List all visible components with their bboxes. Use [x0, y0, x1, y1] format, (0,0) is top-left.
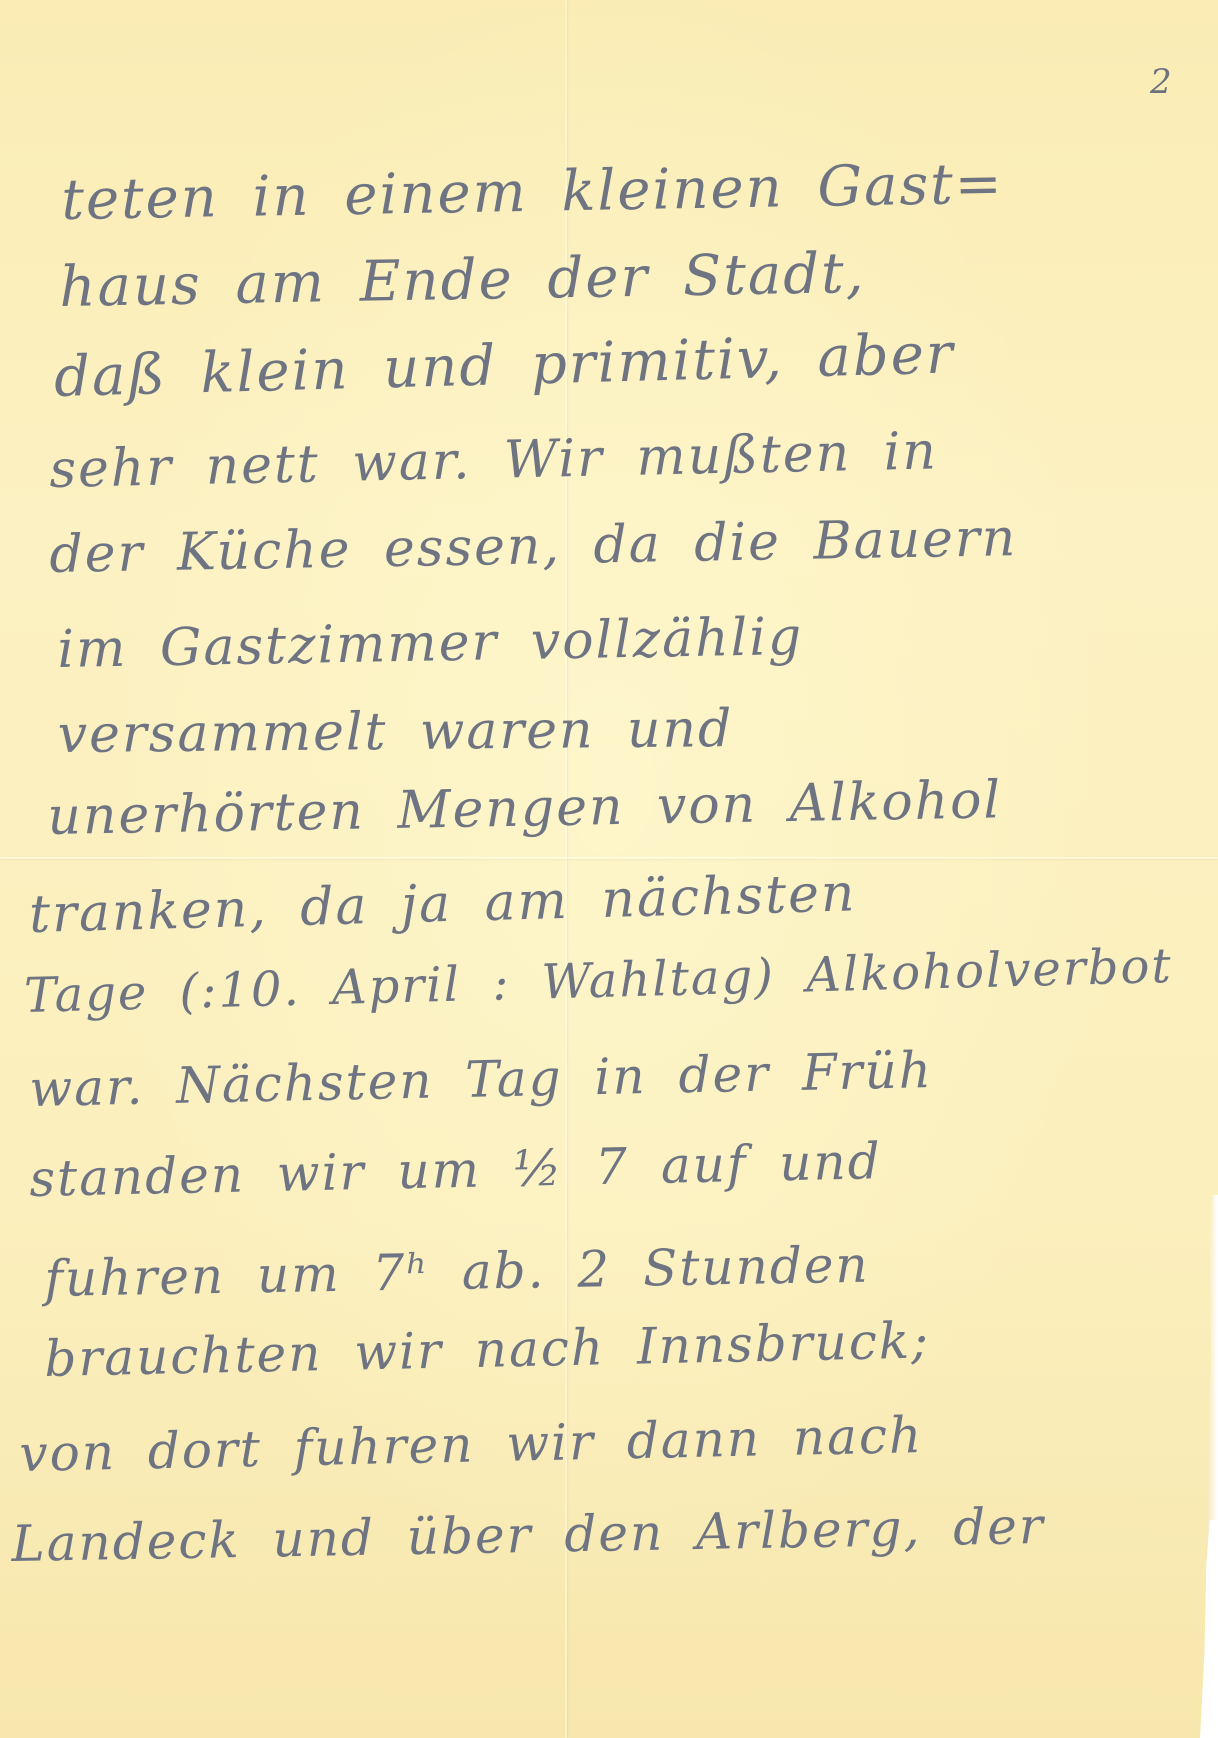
page-number: 2: [1150, 62, 1172, 102]
letter-line: versammelt waren und: [57, 699, 733, 765]
horizontal-fold-crease: [0, 857, 1218, 859]
